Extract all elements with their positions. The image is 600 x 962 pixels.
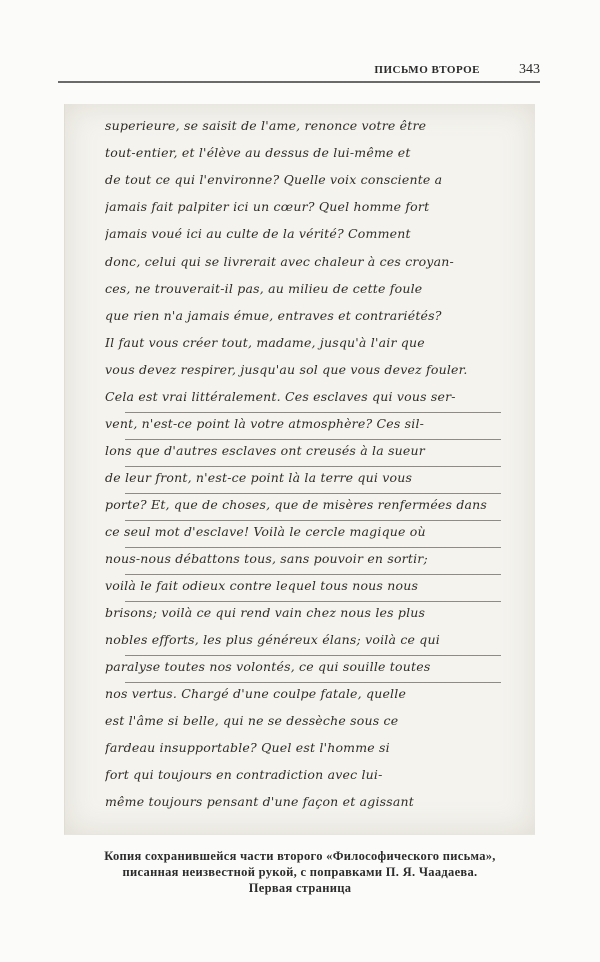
manuscript-line: est l'âme si belle, qui ne se dessèche s…	[105, 713, 521, 739]
manuscript-line: de leur front, n'est-ce point là la terr…	[105, 470, 521, 496]
manuscript-line: même toujours pensant d'une façon et agi…	[105, 794, 521, 820]
manuscript-line: vent, n'est-ce point là votre atmosphère…	[105, 416, 521, 442]
manuscript-line: superieure, se saisit de l'ame, renonce …	[105, 118, 521, 144]
manuscript-line: que rien n'a jamais émue, entraves et co…	[105, 308, 521, 334]
manuscript-line: jamais fait palpiter ici un cœur? Quel h…	[105, 199, 521, 225]
manuscript-line: brisons; voilà ce qui rend vain chez nou…	[105, 605, 521, 631]
manuscript-line: voilà le fait odieux contre lequel tous …	[105, 578, 521, 604]
manuscript-line: nous-nous débattons tous, sans pouvoir e…	[105, 551, 521, 577]
caption-line-2: писанная неизвестной рукой, с поправками…	[40, 864, 560, 880]
manuscript-line: nobles efforts, les plus généreux élans;…	[105, 632, 521, 658]
manuscript-line: porte? Et, que de choses, que de misères…	[105, 497, 521, 523]
manuscript-line: ces, ne trouverait-il pas, au milieu de …	[105, 281, 521, 307]
caption-line-3: Первая страница	[40, 880, 560, 896]
running-header-title: ПИСЬМО ВТОРОЕ	[374, 64, 480, 76]
manuscript-line: fort qui toujours en contradiction avec …	[105, 767, 521, 793]
manuscript-line: jamais voué ici au culte de la vérité? C…	[105, 226, 521, 252]
running-header: ПИСЬМО ВТОРОЕ 343	[58, 60, 540, 82]
manuscript-line: paralyse toutes nos volontés, ce qui sou…	[105, 659, 521, 685]
figure-caption: Копия сохранившейся части второго «Филос…	[40, 848, 560, 896]
manuscript-line: nos vertus. Chargé d'une coulpe fatale, …	[105, 686, 521, 712]
manuscript-line: lons que d'autres esclaves ont creusés à…	[105, 443, 521, 469]
manuscript-facsimile: superieure, se saisit de l'ame, renonce …	[64, 104, 535, 835]
manuscript-line: de tout ce qui l'environne? Quelle voix …	[105, 172, 521, 198]
manuscript-line: Il faut vous créer tout, madame, jusqu'à…	[105, 335, 521, 361]
manuscript-line: donc, celui qui se livrerait avec chaleu…	[105, 254, 521, 280]
manuscript-line: ce seul mot d'esclave! Voilà le cercle m…	[105, 524, 521, 550]
manuscript-line: tout-entier, et l'élève au dessus de lui…	[105, 145, 521, 171]
page-number: 343	[519, 62, 540, 78]
caption-line-1: Копия сохранившейся части второго «Филос…	[40, 848, 560, 864]
header-rule	[58, 81, 540, 83]
manuscript-line: vous devez respirer, jusqu'au sol que vo…	[105, 362, 521, 388]
manuscript-line: Cela est vrai littéralement. Ces esclave…	[105, 389, 521, 415]
manuscript-line: fardeau insupportable? Quel est l'homme …	[105, 740, 521, 766]
